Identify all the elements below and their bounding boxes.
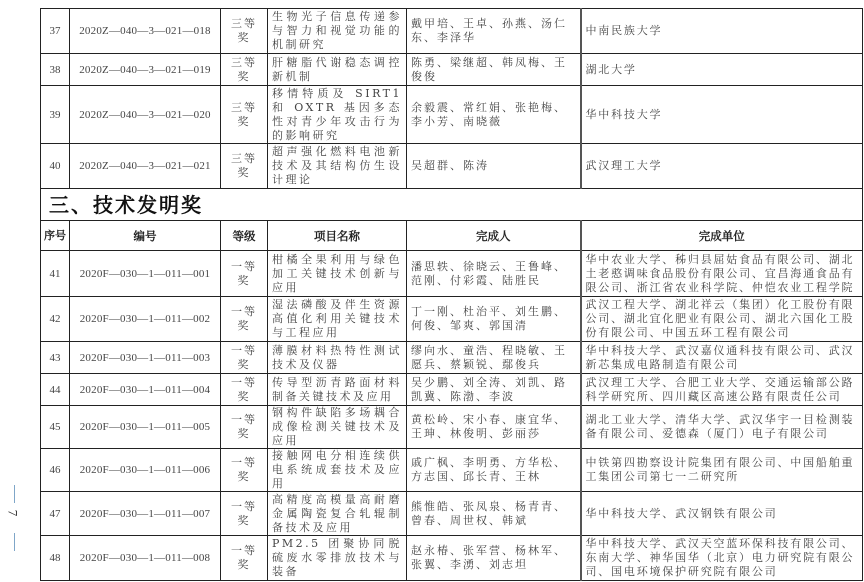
project-cell: PM2.5 团聚协同脱硫废水零排放技术与装备 [268, 536, 407, 581]
seq-cell: 47 [41, 492, 70, 536]
people-cell: 缪向水、童浩、程晓敏、王愿兵、蔡颖锐、鄢俊兵 [407, 342, 581, 374]
code-cell: 2020F—030—1—011—004 [70, 374, 221, 406]
people-cell: 吴超群、陈涛 [407, 144, 581, 189]
people-cell: 戚广枫、李明勇、方华松、方志国、邱长青、王林 [407, 449, 581, 492]
project-cell: 传导型沥青路面材料制备关键技术及应用 [268, 374, 407, 406]
seq-cell: 38 [41, 54, 70, 86]
project-cell: 生物光子信息传递参与智力和视觉功能的机制研究 [268, 9, 407, 54]
code-cell: 2020F—030—1—011—006 [70, 449, 221, 492]
people-cell: 戴甲培、王卓、孙燕、汤仁东、李泽华 [407, 9, 581, 54]
code-cell: 2020Z—040—3—021—019 [70, 54, 221, 86]
code-cell: 2020F—030—1—011—003 [70, 342, 221, 374]
seq-cell: 41 [41, 251, 70, 297]
table-row: 37 2020Z—040—3—021—018 三等奖 生物光子信息传递参与智力和… [41, 9, 863, 54]
code-cell: 2020F—030—1—011—005 [70, 406, 221, 449]
grade-cell: 一等奖 [221, 449, 268, 492]
header-seq: 序号 [41, 221, 70, 251]
code-cell: 2020F—030—1—011—002 [70, 297, 221, 342]
section-title: 三、技术发明奖 [41, 189, 863, 221]
people-cell: 黄松岭、宋小春、康宜华、王珅、林俊明、彭丽莎 [407, 406, 581, 449]
table-row: 41 2020F—030—1—011—001 一等奖 柑橘全果利用与绿色加工关键… [41, 251, 863, 297]
header-people: 完成人 [407, 221, 581, 251]
project-cell: 柑橘全果利用与绿色加工关键技术创新与应用 [268, 251, 407, 297]
project-cell: 钢构件缺陷多场耦合成像检测关键技术及应用 [268, 406, 407, 449]
org-cell: 武汉工程大学、湖北祥云（集团）化工股份有限公司、湖北宜化肥业有限公司、湖北六国化… [581, 297, 863, 342]
code-cell: 2020Z—040—3—021—018 [70, 9, 221, 54]
project-cell: 湿法磷酸及伴生资源高值化利用关键技术与工程应用 [268, 297, 407, 342]
table-row: 39 2020Z—040—3—021—020 三等奖 移情特质及 SIRT1 和… [41, 86, 863, 144]
grade-cell: 三等奖 [221, 54, 268, 86]
table-row: 42 2020F—030—1—011—002 一等奖 湿法磷酸及伴生资源高值化利… [41, 297, 863, 342]
org-cell: 华中科技大学、武汉天空蓝环保科技有限公司、东南大学、神华国华（北京）电力研究院有… [581, 536, 863, 581]
seq-cell: 42 [41, 297, 70, 342]
header-grade: 等级 [221, 221, 268, 251]
code-cell: 2020F—030—1—011—001 [70, 251, 221, 297]
project-cell: 薄膜材料热特性测试技术及仪器 [268, 342, 407, 374]
header-org: 完成单位 [581, 221, 863, 251]
org-cell: 华中科技大学、武汉嘉仪通科技有限公司、武汉新芯集成电路制造有限公司 [581, 342, 863, 374]
grade-cell: 一等奖 [221, 251, 268, 297]
table-row: 47 2020F—030—1—011—007 一等奖 高精度高模量高耐磨金属陶瓷… [41, 492, 863, 536]
grade-cell: 一等奖 [221, 536, 268, 581]
table-row: 38 2020Z—040—3—021—019 三等奖 肝糖脂代谢稳态调控新机制 … [41, 54, 863, 86]
table-row: 44 2020F—030—1—011—004 一等奖 传导型沥青路面材料制备关键… [41, 374, 863, 406]
code-cell: 2020F—030—1—011—008 [70, 536, 221, 581]
seq-cell: 45 [41, 406, 70, 449]
people-cell: 余毅震、常红娟、张艳梅、李小芳、南晓薇 [407, 86, 581, 144]
people-cell: 丁一刚、杜治平、刘生鹏、何俊、邹爽、郭国清 [407, 297, 581, 342]
project-cell: 超声强化燃料电池新技术及其结构仿生设计理论 [268, 144, 407, 189]
seq-cell: 44 [41, 374, 70, 406]
grade-cell: 一等奖 [221, 374, 268, 406]
table-row: 40 2020Z—040—3—021—021 三等奖 超声强化燃料电池新技术及其… [41, 144, 863, 189]
header-project: 项目名称 [268, 221, 407, 251]
org-cell: 中铁第四勘察设计院集团有限公司、中国船舶重工集团公司第七一二研究所 [581, 449, 863, 492]
code-cell: 2020Z—040—3—021—020 [70, 86, 221, 144]
header-code: 编号 [70, 221, 221, 251]
people-cell: 吴少鹏、刘全涛、刘凯、路凯冀、陈渤、李波 [407, 374, 581, 406]
project-cell: 接触网电分相连续供电系统成套技术及应用 [268, 449, 407, 492]
seq-cell: 46 [41, 449, 70, 492]
grade-cell: 三等奖 [221, 144, 268, 189]
table-row: 46 2020F—030—1—011—006 一等奖 接触网电分相连续供电系统成… [41, 449, 863, 492]
org-cell: 湖北大学 [581, 54, 863, 86]
people-cell: 潘思轶、徐晓云、王鲁峰、范刚、付彩霞、陆胜民 [407, 251, 581, 297]
project-cell: 移情特质及 SIRT1 和 OXTR 基因多态性对青少年攻击行为的影响研究 [268, 86, 407, 144]
code-cell: 2020Z—040—3—021—021 [70, 144, 221, 189]
grade-cell: 三等奖 [221, 86, 268, 144]
grade-cell: 一等奖 [221, 492, 268, 536]
page-marker-bar-bottom [14, 533, 15, 551]
table-row: 48 2020F—030—1—011—008 一等奖 PM2.5 团聚协同脱硫废… [41, 536, 863, 581]
seq-cell: 39 [41, 86, 70, 144]
grade-cell: 一等奖 [221, 297, 268, 342]
page-number-marker: 7 [10, 485, 20, 555]
org-cell: 华中科技大学 [581, 86, 863, 144]
org-cell: 武汉理工大学 [581, 144, 863, 189]
grade-cell: 三等奖 [221, 9, 268, 54]
page-marker-bar-top [14, 485, 15, 503]
code-cell: 2020F—030—1—011—007 [70, 492, 221, 536]
org-cell: 湖北工业大学、清华大学、武汉华宇一目检测装备有限公司、爱德森（厦门）电子有限公司 [581, 406, 863, 449]
grade-cell: 一等奖 [221, 406, 268, 449]
people-cell: 赵永椿、张军营、杨林军、张翼、李湧、刘志坦 [407, 536, 581, 581]
project-cell: 肝糖脂代谢稳态调控新机制 [268, 54, 407, 86]
awards-table: 37 2020Z—040—3—021—018 三等奖 生物光子信息传递参与智力和… [40, 8, 863, 581]
org-cell: 武汉理工大学、合肥工业大学、交通运输部公路科学研究所、四川藏区高速公路有限责任公… [581, 374, 863, 406]
table-header-row: 序号 编号 等级 项目名称 完成人 完成单位 [41, 221, 863, 251]
project-cell: 高精度高模量高耐磨金属陶瓷复合轧辊制备技术及应用 [268, 492, 407, 536]
seq-cell: 43 [41, 342, 70, 374]
org-cell: 中南民族大学 [581, 9, 863, 54]
org-cell: 华中农业大学、秭归县屈姑食品有限公司、湖北土老憨调味食品股份有限公司、宜昌海通食… [581, 251, 863, 297]
seq-cell: 40 [41, 144, 70, 189]
seq-cell: 48 [41, 536, 70, 581]
section-title-row: 三、技术发明奖 [41, 189, 863, 221]
grade-cell: 一等奖 [221, 342, 268, 374]
people-cell: 熊惟皓、张凤泉、杨青青、曾春、周世权、韩斌 [407, 492, 581, 536]
table-row: 43 2020F—030—1—011—003 一等奖 薄膜材料热特性测试技术及仪… [41, 342, 863, 374]
page-number: 7 [4, 510, 20, 517]
seq-cell: 37 [41, 9, 70, 54]
org-cell: 华中科技大学、武汉钢铁有限公司 [581, 492, 863, 536]
table-row: 45 2020F—030—1—011—005 一等奖 钢构件缺陷多场耦合成像检测… [41, 406, 863, 449]
people-cell: 陈勇、梁继超、韩凤梅、王俊俊 [407, 54, 581, 86]
